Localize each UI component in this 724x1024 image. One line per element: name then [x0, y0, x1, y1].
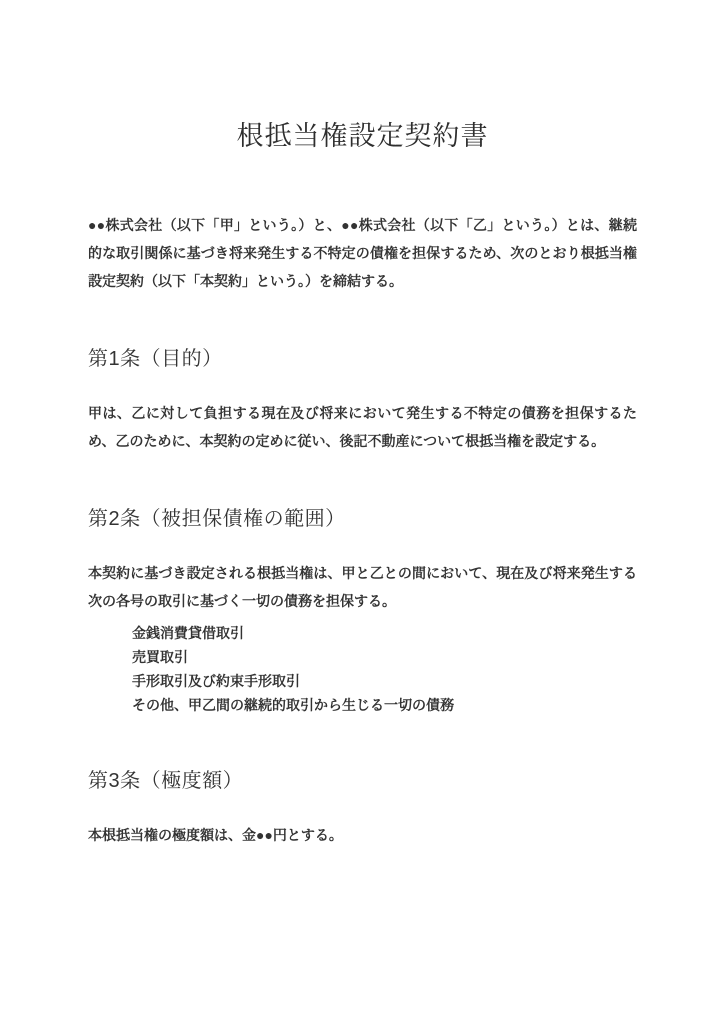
transaction-list-item: その他、甲乙間の継続的取引から生じる一切の債務	[132, 693, 637, 717]
article-2-transaction-list: 金銭消費貸借取引 売買取引 手形取引及び約束手形取引 その他、甲乙間の継続的取引…	[88, 621, 637, 717]
transaction-list-item: 売買取引	[132, 645, 637, 669]
article-2-heading: 第2条（被担保債権の範囲）	[88, 505, 637, 533]
article-1-body: 甲は、乙に対して負担する現在及び将来において発生する不特定の債務を担保するため、…	[88, 399, 637, 455]
contract-document-page: 根抵当権設定契約書 ●●株式会社（以下「甲」という。）と、●●株式会社（以下「乙…	[0, 0, 724, 1024]
article-3-section: 第3条（極度額） 本根抵当権の極度額は、金●●円とする。	[88, 767, 637, 849]
transaction-list-item: 金銭消費貸借取引	[132, 621, 637, 645]
article-2-body: 本契約に基づき設定される根抵当権は、甲と乙との間において、現在及び将来発生する次…	[88, 559, 637, 615]
document-title: 根抵当権設定契約書	[88, 118, 637, 156]
article-3-body: 本根抵当権の極度額は、金●●円とする。	[88, 821, 637, 849]
article-1-heading: 第1条（目的）	[88, 345, 637, 373]
preamble-paragraph: ●●株式会社（以下「甲」という。）と、●●株式会社（以下「乙」という。）とは、継…	[88, 211, 637, 295]
transaction-list-item: 手形取引及び約束手形取引	[132, 669, 637, 693]
article-1-section: 第1条（目的） 甲は、乙に対して負担する現在及び将来において発生する不特定の債務…	[88, 345, 637, 455]
article-3-heading: 第3条（極度額）	[88, 767, 637, 795]
article-2-section: 第2条（被担保債権の範囲） 本契約に基づき設定される根抵当権は、甲と乙との間にお…	[88, 505, 637, 717]
